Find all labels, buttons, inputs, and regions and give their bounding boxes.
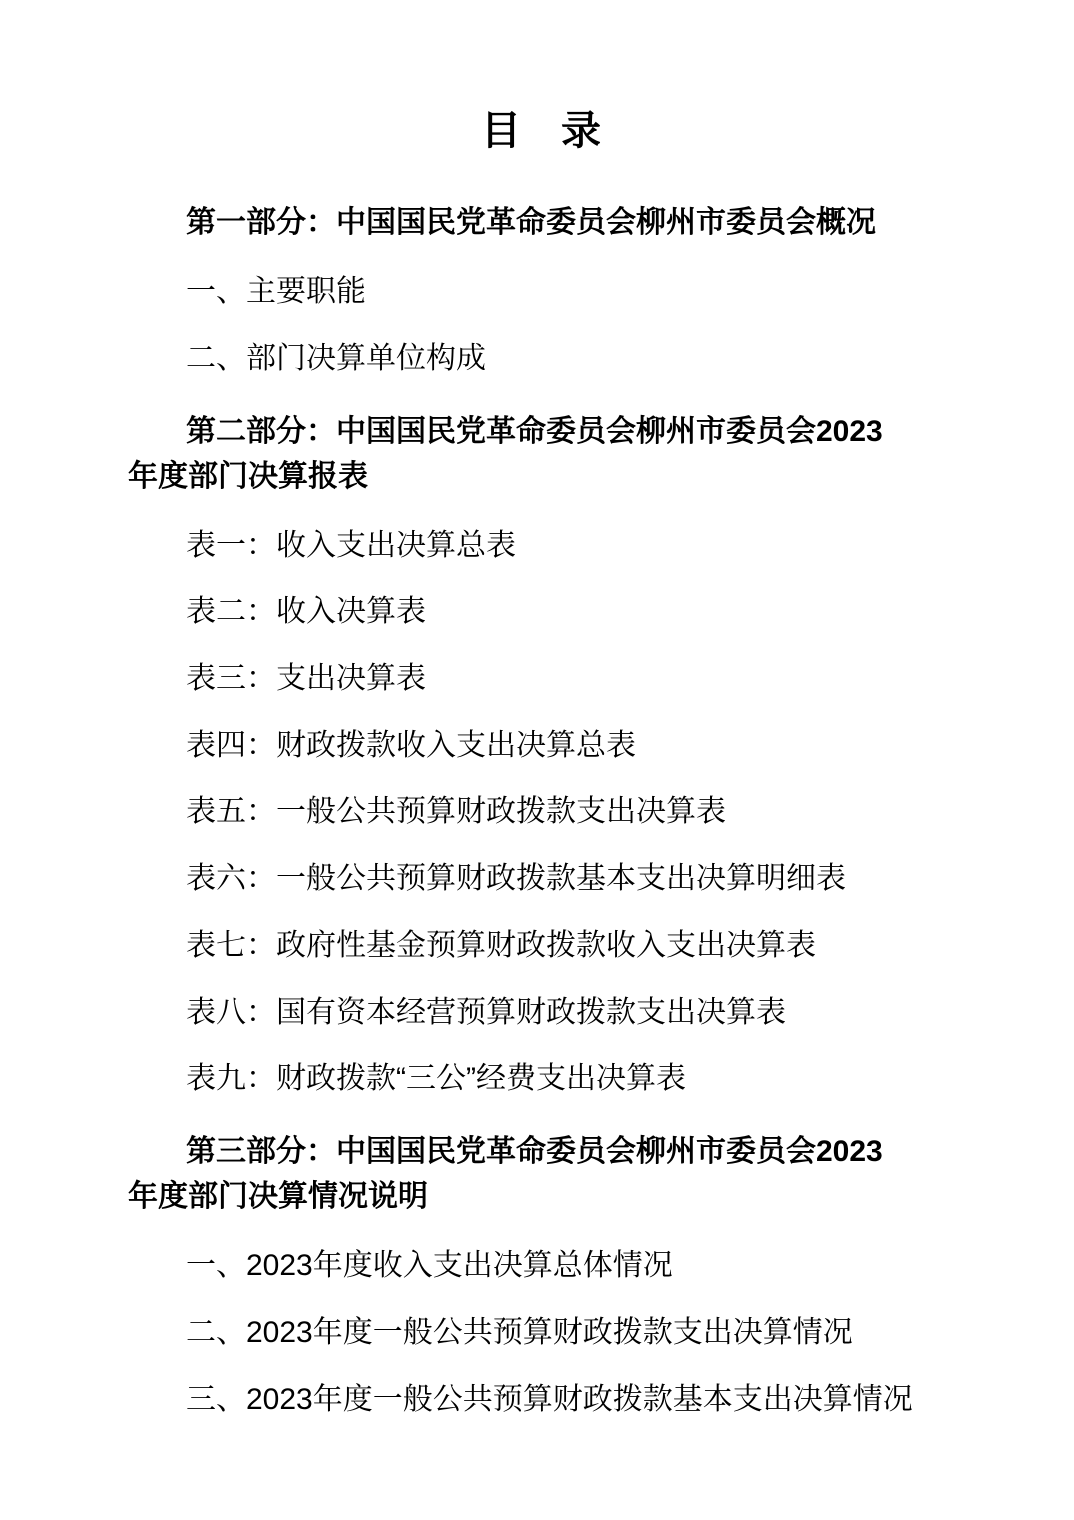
section-3-heading-line-1: 第三部分：中国国民党革命委员会柳州市委员会2023	[128, 1129, 954, 1174]
section-2-heading: 第二部分：中国国民党革命委员会柳州市委员会2023 年度部门决算报表	[128, 409, 954, 499]
toc-item-table-8: 表八：国有资本经营预算财政拨款支出决算表	[128, 990, 954, 1035]
toc-item-table-6: 表六：一般公共预算财政拨款基本支出决算明细表	[128, 856, 954, 901]
toc-item-table-7: 表七：政府性基金预算财政拨款收入支出决算表	[128, 923, 954, 968]
section-1-heading: 第一部分：中国国民党革命委员会柳州市委员会概况	[128, 200, 954, 245]
toc-item-table-5: 表五：一般公共预算财政拨款支出决算表	[128, 789, 954, 834]
toc-title: 目 录	[128, 103, 954, 159]
section-2-heading-line-2: 年度部门决算报表	[128, 454, 954, 499]
toc-item-table-3: 表三：支出决算表	[128, 656, 954, 701]
section-2-heading-line-1: 第二部分：中国国民党革命委员会柳州市委员会2023	[128, 409, 954, 454]
toc-item-main-functions: 一、主要职能	[128, 269, 954, 314]
section-1-heading-line-1: 第一部分：中国国民党革命委员会柳州市委员会概况	[128, 200, 954, 245]
toc-item-table-4: 表四：财政拨款收入支出决算总表	[128, 723, 954, 768]
toc-item-table-1: 表一：收入支出决算总表	[128, 523, 954, 568]
toc-item-unit-composition: 二、部门决算单位构成	[128, 336, 954, 381]
toc-item-basic-expenditure: 三、2023年度一般公共预算财政拨款基本支出决算情况	[128, 1377, 954, 1422]
section-3-heading: 第三部分：中国国民党革命委员会柳州市委员会2023 年度部门决算情况说明	[128, 1129, 954, 1219]
section-3-heading-line-2: 年度部门决算情况说明	[128, 1174, 954, 1219]
toc-item-general-budget-expenditure: 二、2023年度一般公共预算财政拨款支出决算情况	[128, 1310, 954, 1355]
toc-item-table-2: 表二：收入决算表	[128, 589, 954, 634]
toc-item-table-9: 表九：财政拨款“三公”经费支出决算表	[128, 1056, 954, 1101]
document-page: 目 录 第一部分：中国国民党革命委员会柳州市委员会概况 一、主要职能 二、部门决…	[0, 0, 1074, 1520]
toc-item-overall-situation: 一、2023年度收入支出决算总体情况	[128, 1243, 954, 1288]
